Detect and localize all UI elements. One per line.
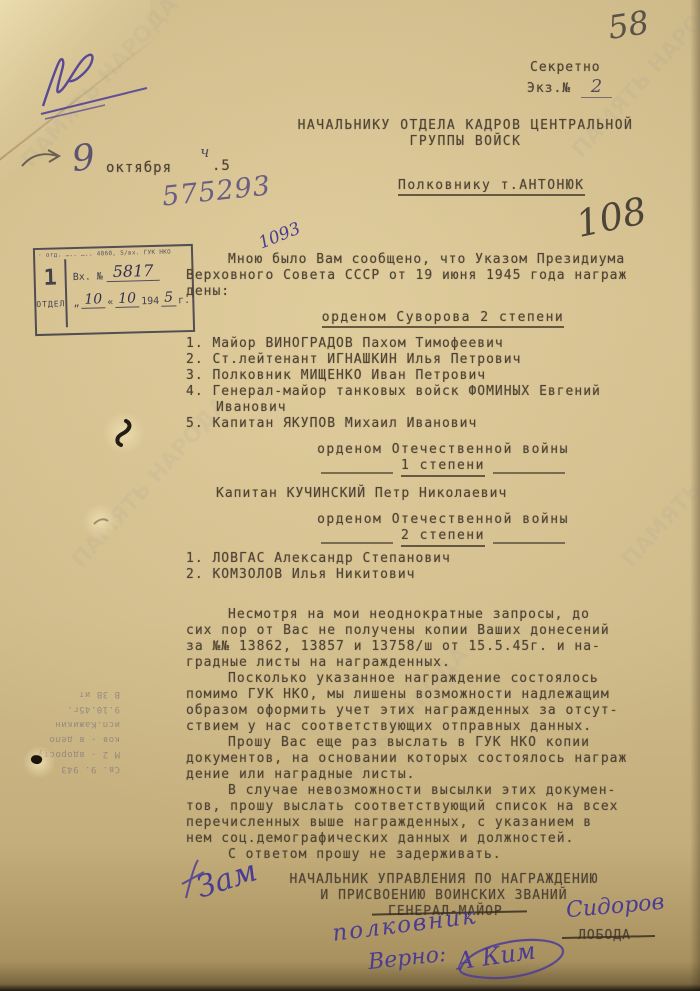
awardee-line: 1. ЛОВГАС Александр Степанович xyxy=(186,551,664,567)
request-line: помимо ГУК НКО, мы лишены возможности на… xyxy=(186,687,664,703)
request-line: Посколько указанное награждение состояло… xyxy=(186,671,664,687)
underline-dash xyxy=(493,472,565,474)
incoming-registration-stamp: · отд. ….. ….. 4060, 5/вх. ГУК НКО 1 ОТД… xyxy=(33,244,195,336)
request-line: документов, на основании которых состоял… xyxy=(186,751,664,767)
request-line: тов, прошу выслать соответствующий списо… xyxy=(186,799,664,815)
scanned-document-page: ПАМЯТЬ НАРОДА ПАМЯТЬ НАРОДА ПАМЯТЬ НАРОД… xyxy=(0,0,700,991)
ink-flourish xyxy=(178,856,208,902)
request-line: дение или наградные листы. xyxy=(186,767,664,783)
addressee: Полковнику т.АНТОНЮК xyxy=(398,178,585,196)
award-heading-suvorov: орденом Суворова 2 степени xyxy=(204,310,682,326)
paper-scratch xyxy=(92,514,110,530)
page-number-handwritten: 58 xyxy=(605,3,651,47)
request-line: Прошу Вас еще раз выслать в ГУК НКО копи… xyxy=(186,735,664,751)
stamp-quote-open: „ xyxy=(73,298,79,309)
ink-scribble-signature xyxy=(35,48,165,123)
certified-label-handwritten: Верно: xyxy=(367,942,448,975)
signature-oval-flourish xyxy=(440,930,570,982)
intro-line: дены: xyxy=(186,284,664,300)
stamp-month-handwritten: 10 xyxy=(115,290,139,308)
recipient-line2: ГРУППЫ ВОЙСК xyxy=(283,134,648,149)
pencil-arrow-mark xyxy=(18,146,62,172)
copy-number-handwritten: 2 xyxy=(581,76,612,98)
note-1093-handwritten: 1093 xyxy=(256,219,304,254)
signature-name-struck: ЛОБОДА xyxy=(578,928,631,943)
intro-line: Мною было Вам сообщено, что Указом Прези… xyxy=(186,252,664,268)
request-line: нем соц.демографических данных и должнос… xyxy=(186,831,664,847)
request-line: В случае невозможности высылки этих доку… xyxy=(186,783,664,799)
date-month-typed: октября xyxy=(106,160,172,176)
note-108-handwritten: 108 xyxy=(572,189,650,246)
date-check-mark: ч xyxy=(200,143,209,161)
stamp-year-handwritten: 5 xyxy=(161,289,176,306)
award-heading-patriotic-war-1: орденом Отечественной войны 1 степени xyxy=(204,442,682,477)
signature-title-line1: НАЧАЛЬНИК УПРАВЛЕНИЯ ПО НАГРАЖДЕНИЮ xyxy=(256,872,632,887)
side-stamp-upside-down: Св. 9. 943 М 2 - вдоросту ков - в дело и… xyxy=(0,686,120,776)
awardee-line: 1. Майор ВИНОГРАДОВ Пахом Тимофеевич xyxy=(186,336,664,352)
recipient-line1: НАЧАЛЬНИКУ ОТДЕЛА КАДРОВ ЦЕНТРАЛЬНОЙ xyxy=(283,118,648,133)
stamp-department-number: 1 xyxy=(35,265,65,292)
closing-line: С ответом прошу не задерживать. xyxy=(186,847,664,863)
letter-body: Мною было Вам сообщено, что Указом Прези… xyxy=(186,252,664,863)
awardee-line: 3. Полковник МИЩЕНКО Иван Петрович xyxy=(186,368,664,384)
stamp-quote-close: « xyxy=(107,297,113,308)
stamp-department-label: ОТДЕЛ xyxy=(36,299,65,309)
request-line: ствием у нас соответствующих отправных д… xyxy=(186,719,664,735)
request-line: образом оформить учет этих награжденных … xyxy=(186,703,664,719)
awardee-line-continuation: Иванович xyxy=(186,400,664,416)
secrecy-label: Секретно xyxy=(530,60,601,75)
stamp-day-handwritten: 10 xyxy=(81,291,105,309)
awardee-single: Капитан КУЧИНСКИЙ Петр Николаевич xyxy=(186,486,664,502)
date-year-suffix: .5 xyxy=(212,158,231,174)
intro-line: Верховного Совета СССР от 19 июня 1945 г… xyxy=(186,268,664,284)
underline-dash xyxy=(321,472,393,474)
awardee-line: 5. Капитан ЯКУПОВ Михаил Иванович xyxy=(186,416,664,432)
request-line: за №№ 13862, 13857 и 13758/ш от 15.5.45г… xyxy=(186,639,664,655)
request-line: градные листы на награжденных. xyxy=(186,655,664,671)
awardee-line: 2. Ст.лейтенант ИГНАШКИН Илья Петрович xyxy=(186,352,664,368)
request-line: перечисленных выше награжденных, с указа… xyxy=(186,815,664,831)
award-heading-patriotic-war-2: орденом Отечественной войны 2 степени xyxy=(204,512,682,547)
request-line: сих пор от Вас не получены копии Ваших д… xyxy=(186,623,664,639)
underline-dash xyxy=(321,542,393,544)
underline-dash xyxy=(493,542,565,544)
request-line: Несмотря на мои неоднократные запросы, д… xyxy=(186,607,664,623)
stamp-incoming-number-handwritten: 5817 xyxy=(106,261,159,282)
registration-number-handwritten: 575293 xyxy=(161,170,273,212)
stamp-incoming-label: Вх. № xyxy=(73,271,103,283)
awardee-line: 2. КОМЗОЛОВ Илья Никитович xyxy=(186,567,664,583)
awardee-line: 4. Генерал-майор танковых войск ФОМИНЫХ … xyxy=(186,384,664,400)
date-day-handwritten: 9 xyxy=(70,137,97,180)
stamp-year-typed: 194 xyxy=(141,296,159,307)
copy-label: Экз.№ xyxy=(527,81,571,96)
paper-hole xyxy=(112,418,136,448)
